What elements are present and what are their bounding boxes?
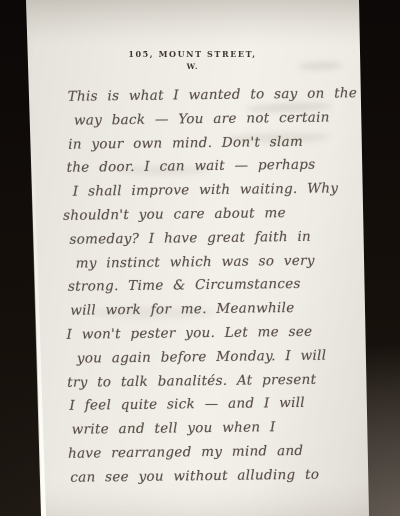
letter-line: in your own mind. Don't slam xyxy=(68,130,358,157)
letter-body: This is what I wanted to say on the way … xyxy=(58,82,363,490)
letter-line: shouldn't you care about me xyxy=(63,201,359,228)
letter-photograph: 105, MOUNT STREET, W. This is what I wan… xyxy=(0,0,400,516)
letter-line: the door. I can wait — perhaps xyxy=(66,154,358,181)
letter-line: will work for me. Meanwhile xyxy=(70,296,360,323)
letter-line: strong. Time & Circumstances xyxy=(68,273,360,300)
letter-line: I won't pester you. Let me see xyxy=(66,320,360,347)
letter-line: can see you without alluding to xyxy=(70,463,362,490)
letter-line: write and tell you when I xyxy=(72,415,362,442)
letter-line: my instinct which was so very xyxy=(76,249,360,276)
letter-line: try to talk banalités. At present xyxy=(67,368,361,395)
letter-line: I shall improve with waiting. Why xyxy=(73,177,359,204)
letterhead: 105, MOUNT STREET, W. xyxy=(26,49,359,71)
letter-line: someday? I have great faith in xyxy=(69,225,359,252)
letter-line: I feel quite sick — and I will xyxy=(69,392,361,419)
letter-line: way back — You are not certain xyxy=(74,106,358,133)
letter-line: you again before Monday. I will xyxy=(77,344,361,371)
letterhead-district: W. xyxy=(26,62,359,71)
letterhead-address: 105, MOUNT STREET, xyxy=(26,49,359,59)
letter-line: have rearranged my mind and xyxy=(68,439,362,466)
letter-line: This is what I wanted to say on the xyxy=(68,82,358,109)
